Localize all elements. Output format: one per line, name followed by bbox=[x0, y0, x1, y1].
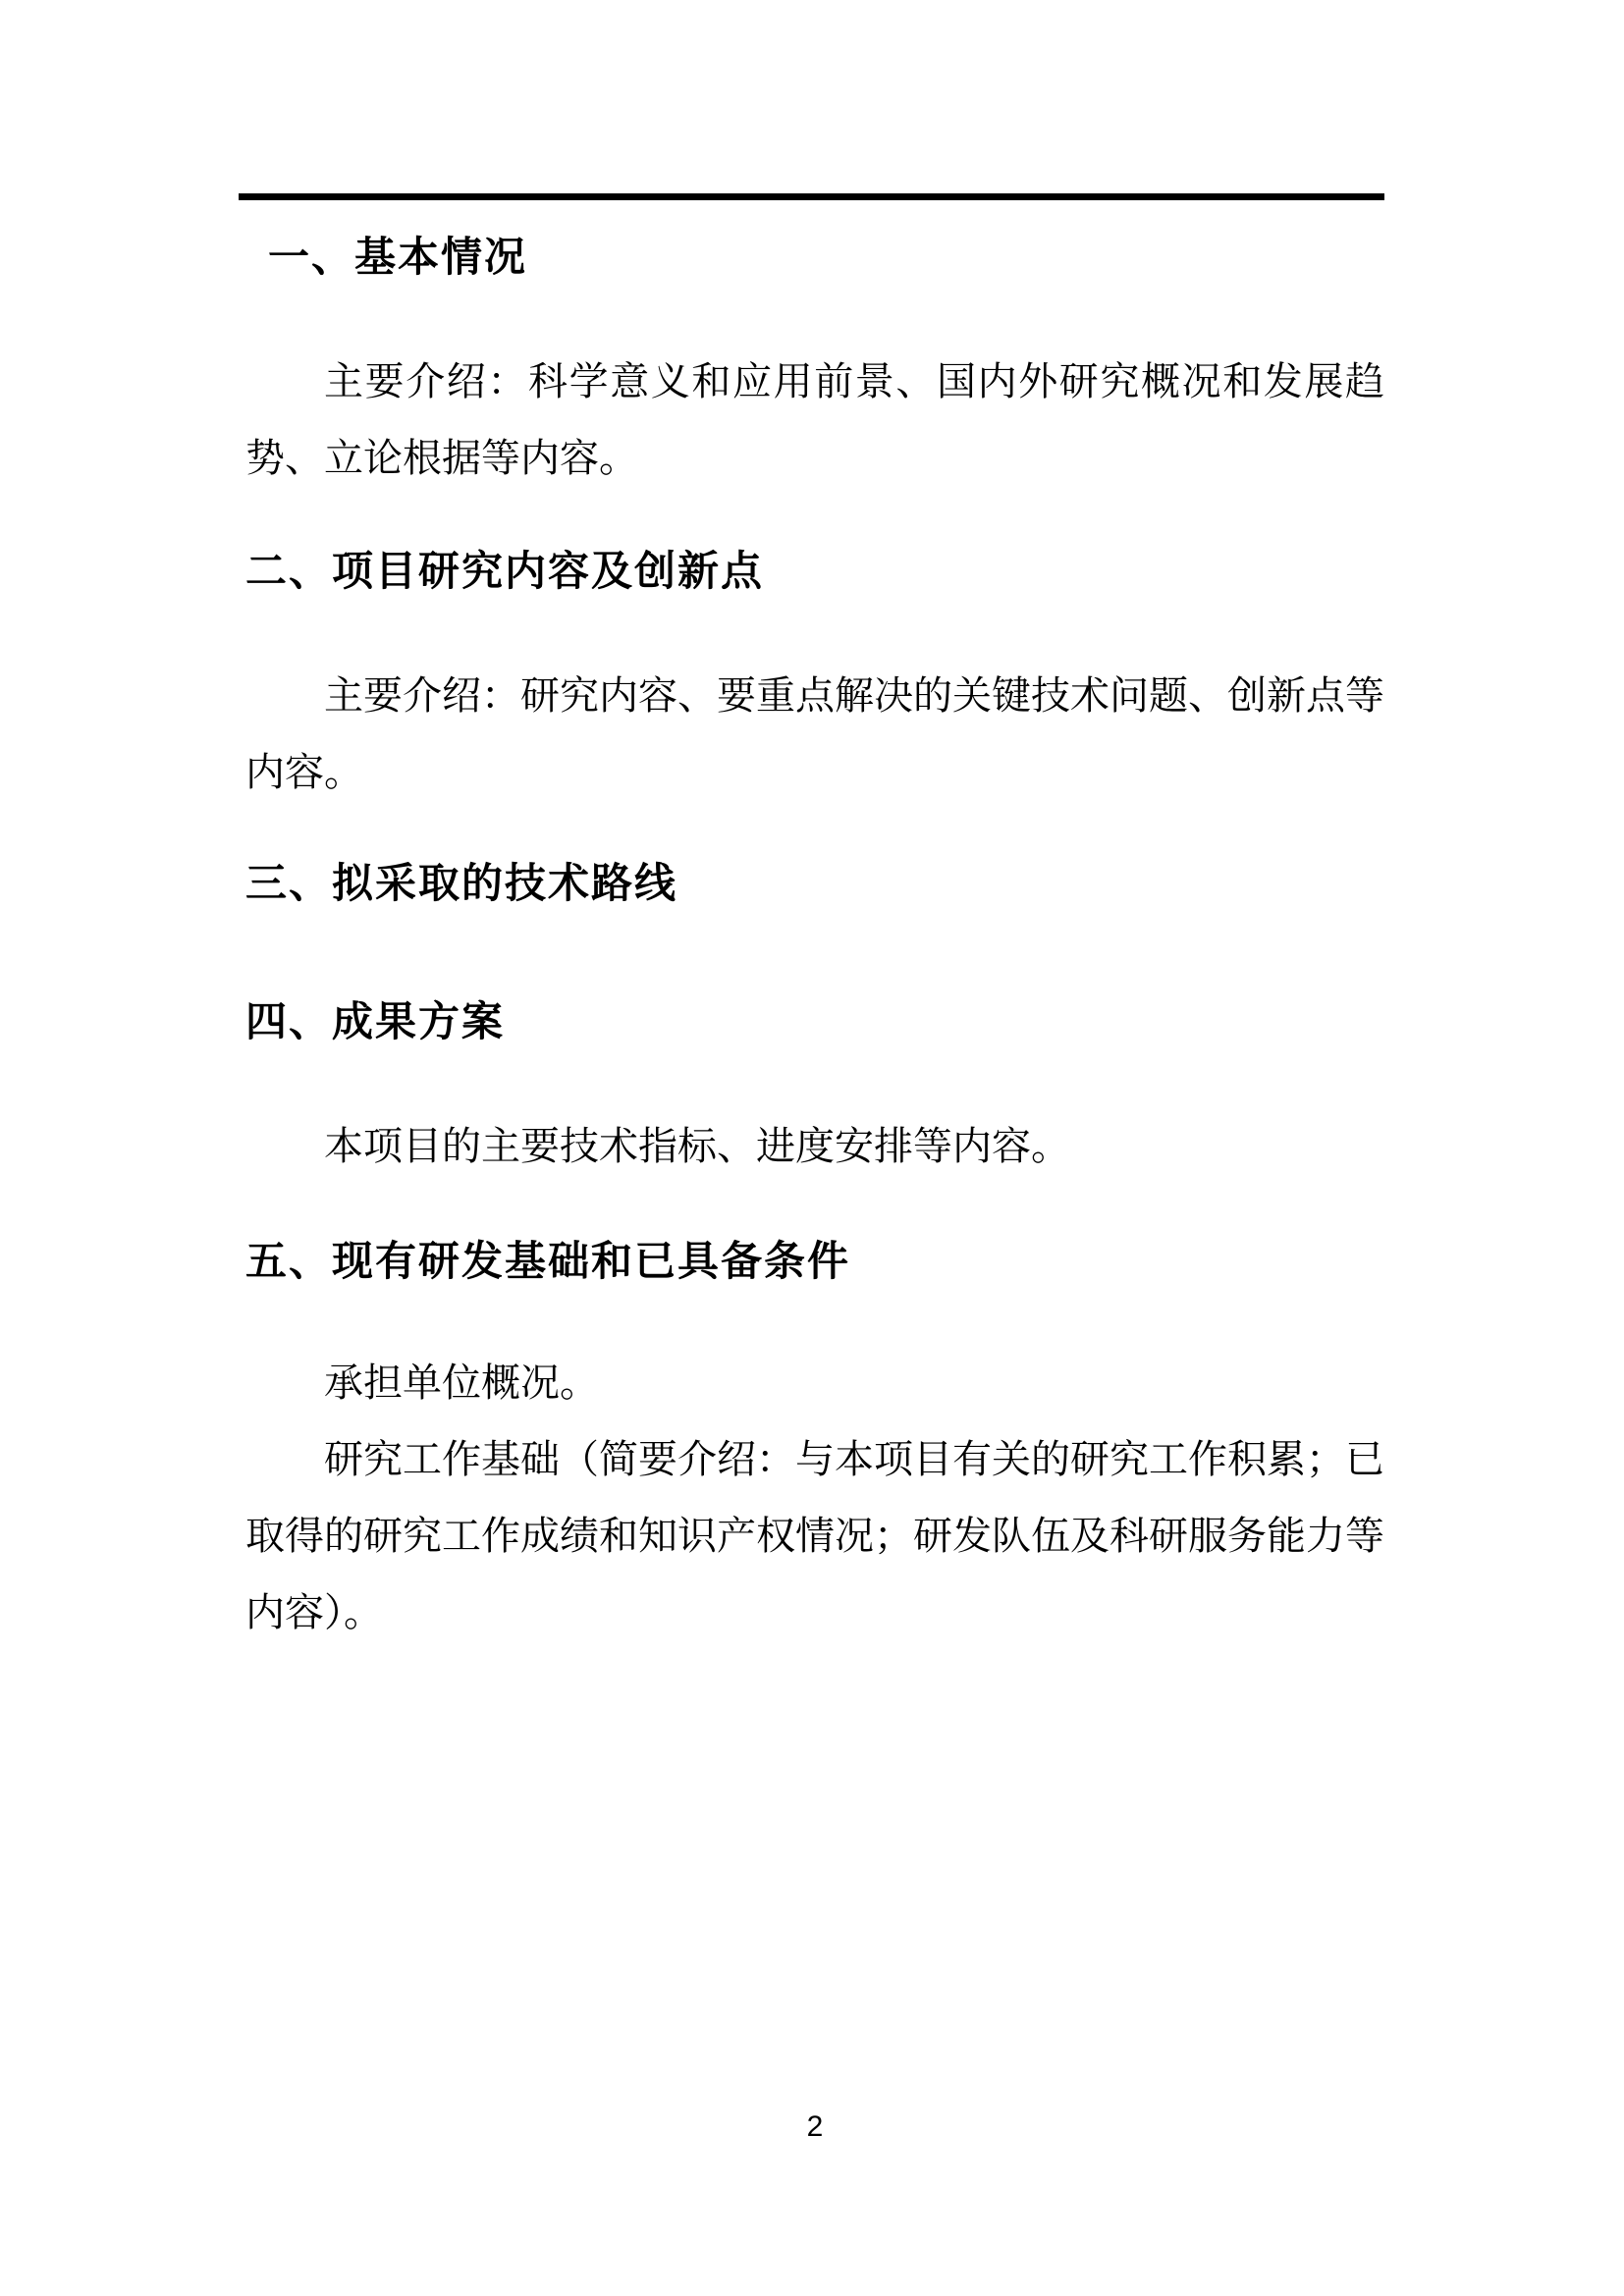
section-heading-4: 四、成果方案 bbox=[245, 993, 1384, 1052]
section-heading-3: 三、拟采取的技术路线 bbox=[245, 855, 1384, 914]
section-paragraph-2: 主要介绍：研究内容、要重点解决的关键技术问题、创新点等内容。 bbox=[245, 658, 1384, 811]
document-body: 一、基本情况 主要介绍：科学意义和应用前景、国内外研究概况和发展趋势、立论根据等… bbox=[245, 229, 1384, 1651]
section-paragraph-5: 研究工作基础（简要介绍：与本项目有关的研究工作积累；已取得的研究工作成绩和知识产… bbox=[245, 1421, 1384, 1651]
document-page: 一、基本情况 主要介绍：科学意义和应用前景、国内外研究概况和发展趋势、立论根据等… bbox=[0, 0, 1624, 2296]
section-heading-2: 二、项目研究内容及创新点 bbox=[245, 543, 1384, 602]
section-paragraph-1: 主要介绍：科学意义和应用前景、国内外研究概况和发展趋势、立论根据等内容。 bbox=[245, 344, 1384, 497]
header-rule bbox=[239, 193, 1384, 200]
section-heading-1: 一、基本情况 bbox=[245, 229, 1384, 288]
page-number: 2 bbox=[245, 2110, 1384, 2144]
section-paragraph-3: 本项目的主要技术指标、进度安排等内容。 bbox=[245, 1108, 1384, 1185]
section-paragraph-4: 承担单位概况。 bbox=[245, 1345, 1384, 1421]
section-heading-5: 五、现有研发基础和已具备条件 bbox=[245, 1233, 1384, 1292]
